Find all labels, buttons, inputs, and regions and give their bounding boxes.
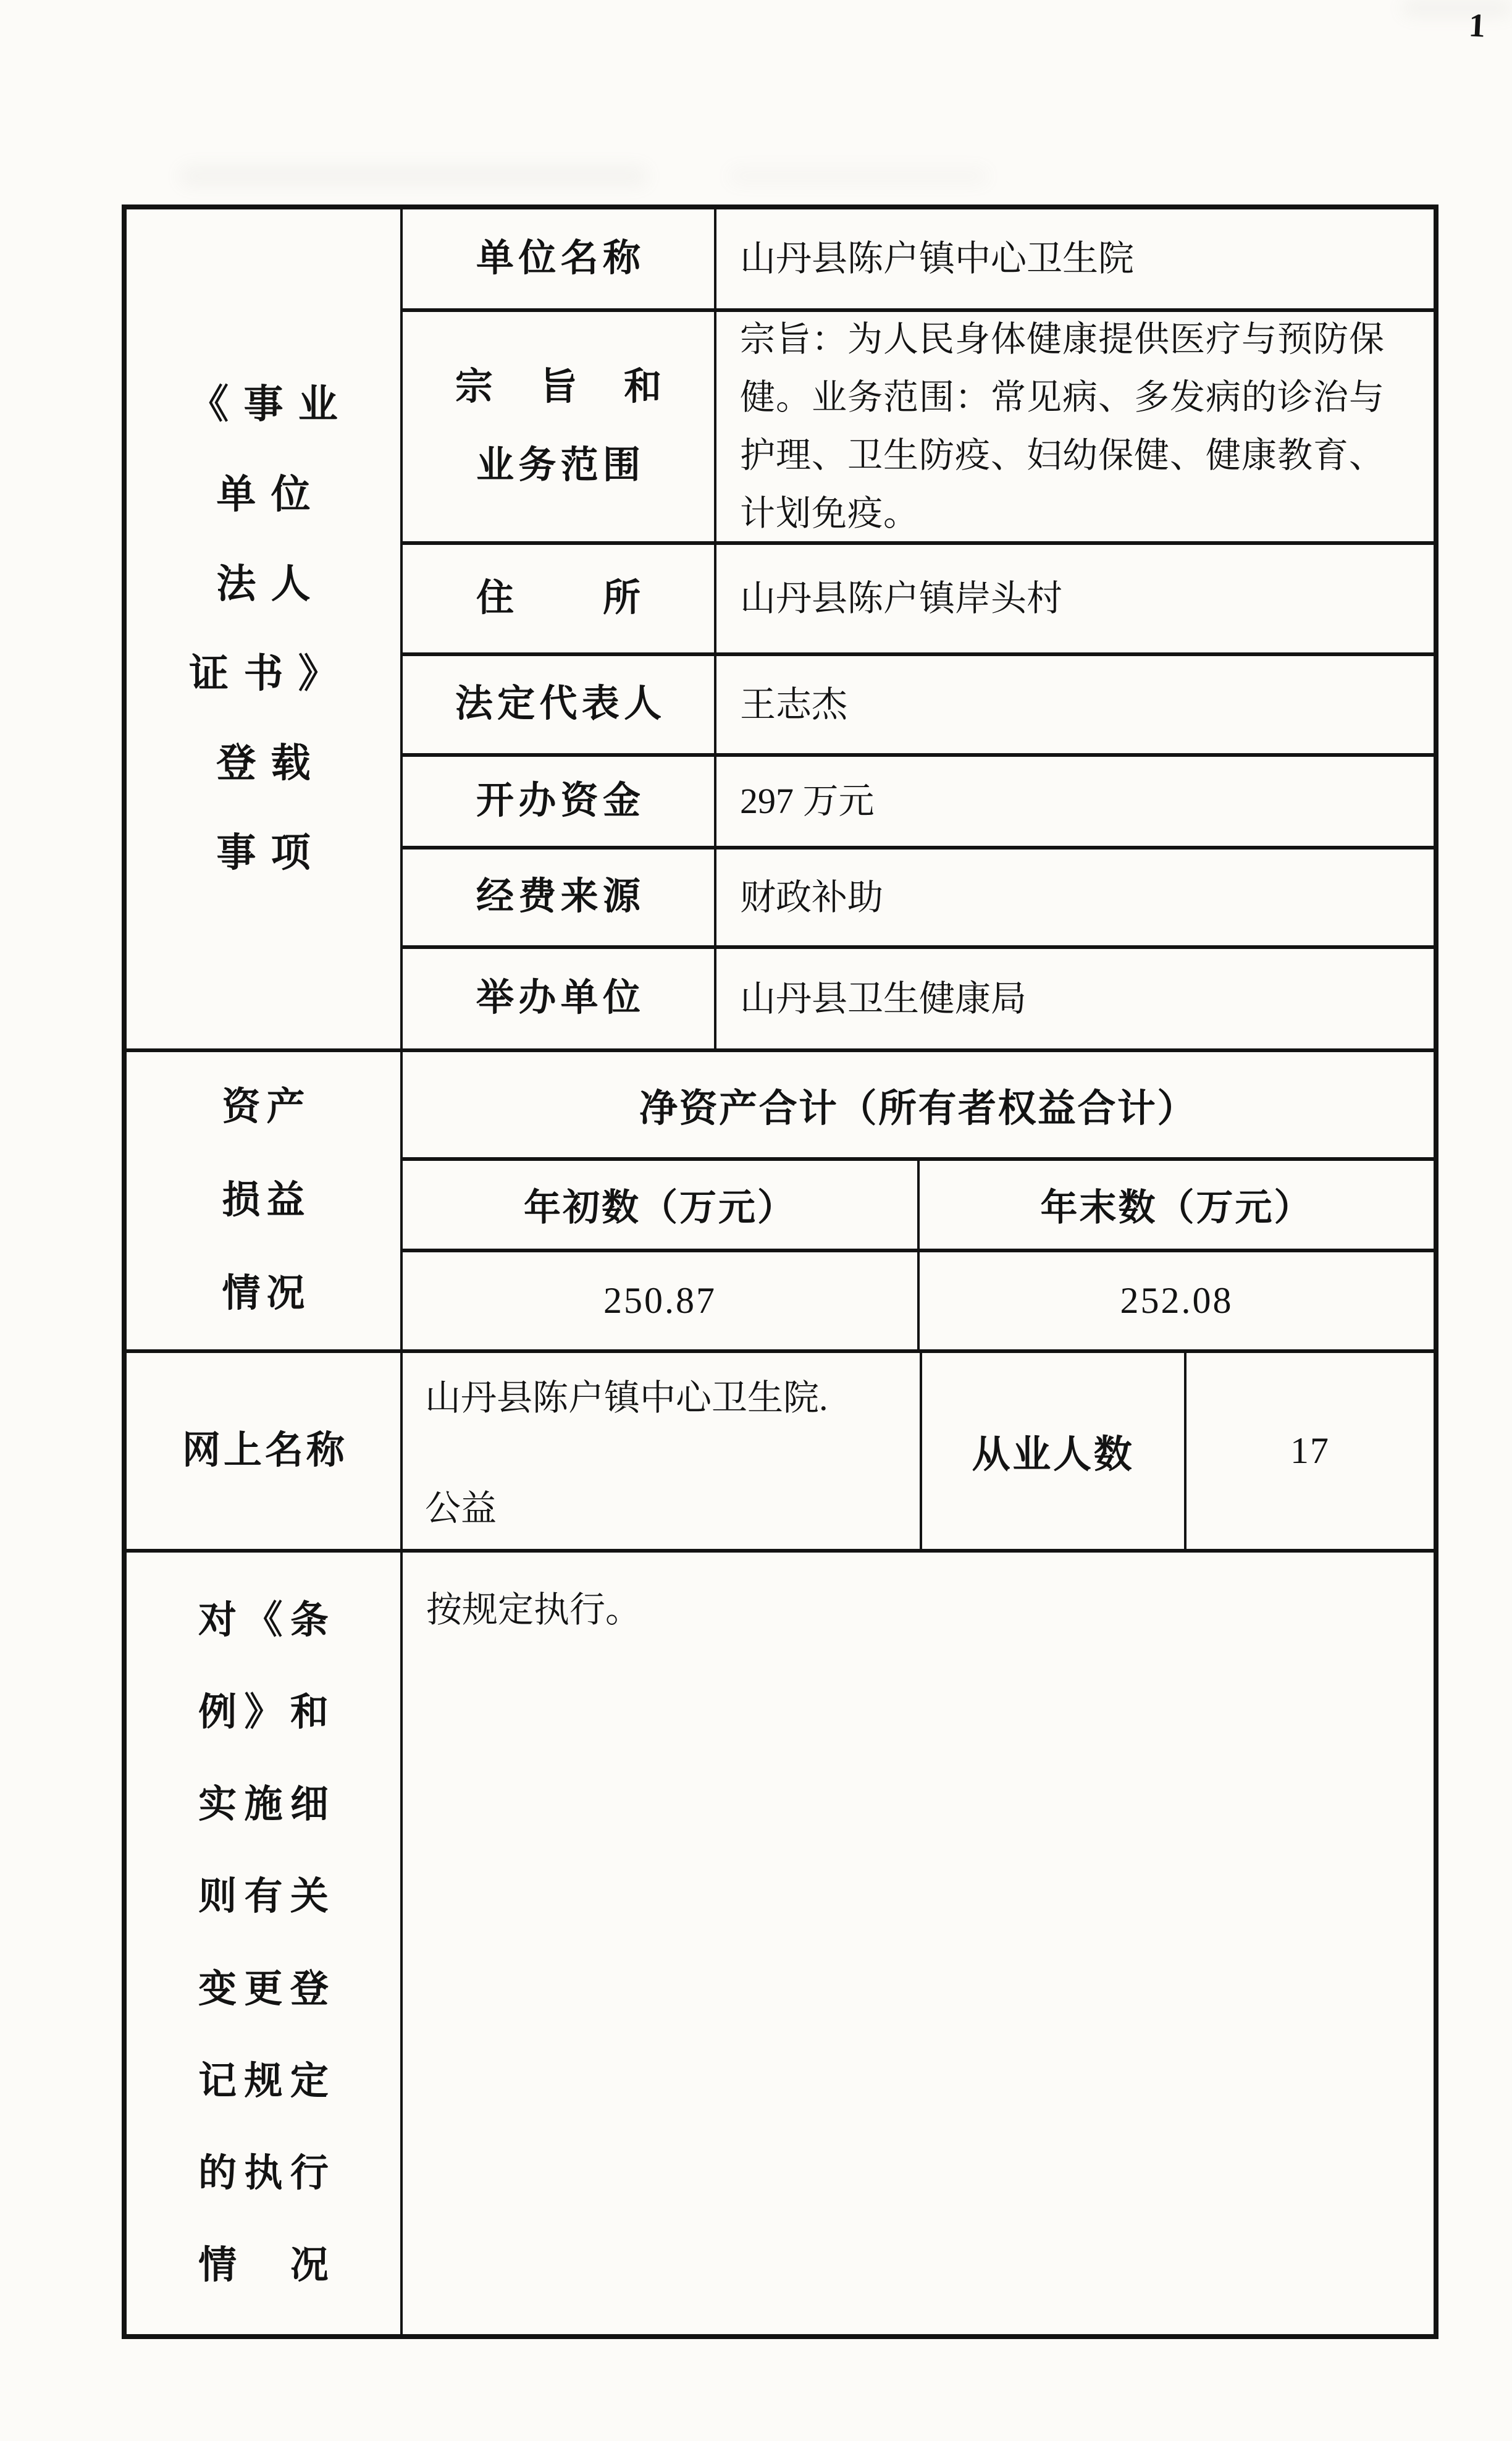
registration-section: 《事业 单位 法人 证书》 登载 事项 单位名称 山丹县陈户镇中心卫生院 宗 旨…	[127, 209, 1434, 1052]
side-label-line: 登载	[201, 743, 325, 784]
year-end-value-cell: 252.08	[920, 1252, 1434, 1349]
side-label-line: 记规定	[191, 2062, 337, 2102]
registration-rows: 单位名称 山丹县陈户镇中心卫生院 宗 旨 和 业务范围 宗旨：为人民身体健康提供…	[403, 209, 1434, 1048]
sponsor-unit-value: 山丹县卫生健康局	[716, 949, 1434, 1048]
online-name-label: 网上名称	[179, 1431, 348, 1471]
row-address: 住 所 山丹县陈户镇岸头村	[403, 545, 1434, 656]
side-label-line: 的执行	[191, 2154, 337, 2194]
net-assets-header: 净资产合计（所有者权益合计）	[403, 1052, 1434, 1157]
year-end-label: 年末数（万元）	[1041, 1178, 1313, 1231]
side-label-line: 《事业	[174, 384, 353, 425]
funding-source-value: 财政补助	[716, 850, 1434, 945]
side-label-line: 资产	[216, 1087, 311, 1128]
row-opening-capital: 开办资金 297 万元	[403, 757, 1434, 850]
scan-smudge	[179, 166, 649, 187]
compliance-section: 对《条 例》和 实施细 则有关 变更登 记规定 的执行 情 况 按规定执行。	[127, 1553, 1434, 2334]
side-label-line: 变更登	[191, 1970, 337, 2010]
address-label: 住 所	[403, 545, 716, 652]
staff-count-label: 从业人数	[922, 1353, 1186, 1549]
side-label-line: 证书》	[174, 653, 353, 694]
side-label-line: 对《条	[191, 1601, 337, 1641]
compliance-value: 按规定执行。	[403, 1553, 1434, 2334]
assets-side-label: 资产 损益 情况	[127, 1052, 403, 1349]
side-label-line: 事项	[201, 832, 325, 874]
mission-scope-label-line2: 业务范围	[472, 444, 645, 487]
side-label-line: 情 况	[191, 2246, 337, 2286]
opening-capital-value: 297 万元	[716, 757, 1434, 846]
certificate-registration-table: 《事业 单位 法人 证书》 登载 事项 单位名称 山丹县陈户镇中心卫生院 宗 旨…	[122, 204, 1438, 2339]
row-unit-name: 单位名称 山丹县陈户镇中心卫生院	[403, 209, 1434, 312]
scan-smudge	[729, 168, 988, 184]
online-name-section: 网上名称 山丹县陈户镇中心卫生院. 公益 从业人数 17	[127, 1353, 1434, 1553]
scanned-document-page: 1 《事业 单位 法人 证书》 登载 事项 单位名称 山丹县陈户镇中心卫生院 宗…	[0, 0, 1512, 2441]
online-name-value: 山丹县陈户镇中心卫生院. 公益	[403, 1353, 922, 1549]
legal-representative-label: 法定代表人	[403, 656, 716, 753]
assets-rows: 净资产合计（所有者权益合计） 年初数（万元） 年末数（万元） 250.87 2	[403, 1052, 1434, 1349]
side-label-line: 情况	[216, 1274, 311, 1314]
registration-side-label: 《事业 单位 法人 证书》 登载 事项	[127, 209, 403, 1048]
year-end-header-cell: 年末数（万元）	[920, 1161, 1434, 1249]
side-label-line: 实施细	[191, 1785, 337, 1825]
row-assets-values: 250.87 252.08	[403, 1252, 1434, 1349]
online-name-value-line2: 公益	[425, 1488, 497, 1530]
opening-capital-label: 开办资金	[403, 757, 716, 846]
online-name-label-cell: 网上名称	[127, 1353, 403, 1549]
side-label-line: 法人	[201, 563, 325, 605]
row-funding-source: 经费来源 财政补助	[403, 850, 1434, 949]
row-legal-representative: 法定代表人 王志杰	[403, 656, 1434, 757]
scan-smudge	[1402, 0, 1512, 16]
year-start-value-cell: 250.87	[403, 1252, 920, 1349]
side-label-line: 单位	[201, 474, 325, 515]
row-mission-scope: 宗 旨 和 业务范围 宗旨：为人民身体健康提供医疗与预防保健。业务范围：常见病、…	[403, 312, 1434, 545]
compliance-side-label: 对《条 例》和 实施细 则有关 变更登 记规定 的执行 情 况	[127, 1553, 403, 2334]
year-end-value: 252.08	[1120, 1280, 1233, 1322]
row-sponsor-unit: 举办单位 山丹县卫生健康局	[403, 949, 1434, 1048]
row-assets-column-heads: 年初数（万元） 年末数（万元）	[403, 1161, 1434, 1252]
side-label-line: 损益	[216, 1181, 311, 1221]
legal-representative-value: 王志杰	[716, 656, 1434, 753]
side-label-line: 则有关	[191, 1877, 337, 1917]
online-name-value-line1: 山丹县陈户镇中心卫生院.	[425, 1378, 828, 1419]
page-number: 1	[1468, 6, 1487, 44]
year-start-header-cell: 年初数（万元）	[403, 1161, 920, 1249]
mission-scope-label: 宗 旨 和 业务范围	[403, 312, 716, 541]
year-start-label: 年初数（万元）	[524, 1178, 796, 1231]
staff-count-value: 17	[1186, 1353, 1434, 1549]
sponsor-unit-label: 举办单位	[403, 949, 716, 1048]
assets-section: 资产 损益 情况 净资产合计（所有者权益合计） 年初数（万元） 年末数（万元）	[127, 1052, 1434, 1353]
side-label-line: 例》和	[191, 1693, 337, 1733]
unit-name-value: 山丹县陈户镇中心卫生院	[716, 209, 1434, 308]
year-start-value: 250.87	[603, 1280, 716, 1322]
mission-scope-value: 宗旨：为人民身体健康提供医疗与预防保健。业务范围：常见病、多发病的诊治与护理、卫…	[716, 312, 1434, 541]
funding-source-label: 经费来源	[403, 850, 716, 945]
row-net-assets-header: 净资产合计（所有者权益合计）	[403, 1052, 1434, 1161]
address-value: 山丹县陈户镇岸头村	[716, 545, 1434, 652]
unit-name-label: 单位名称	[403, 209, 716, 308]
mission-scope-label-line1: 宗 旨 和	[451, 366, 666, 409]
